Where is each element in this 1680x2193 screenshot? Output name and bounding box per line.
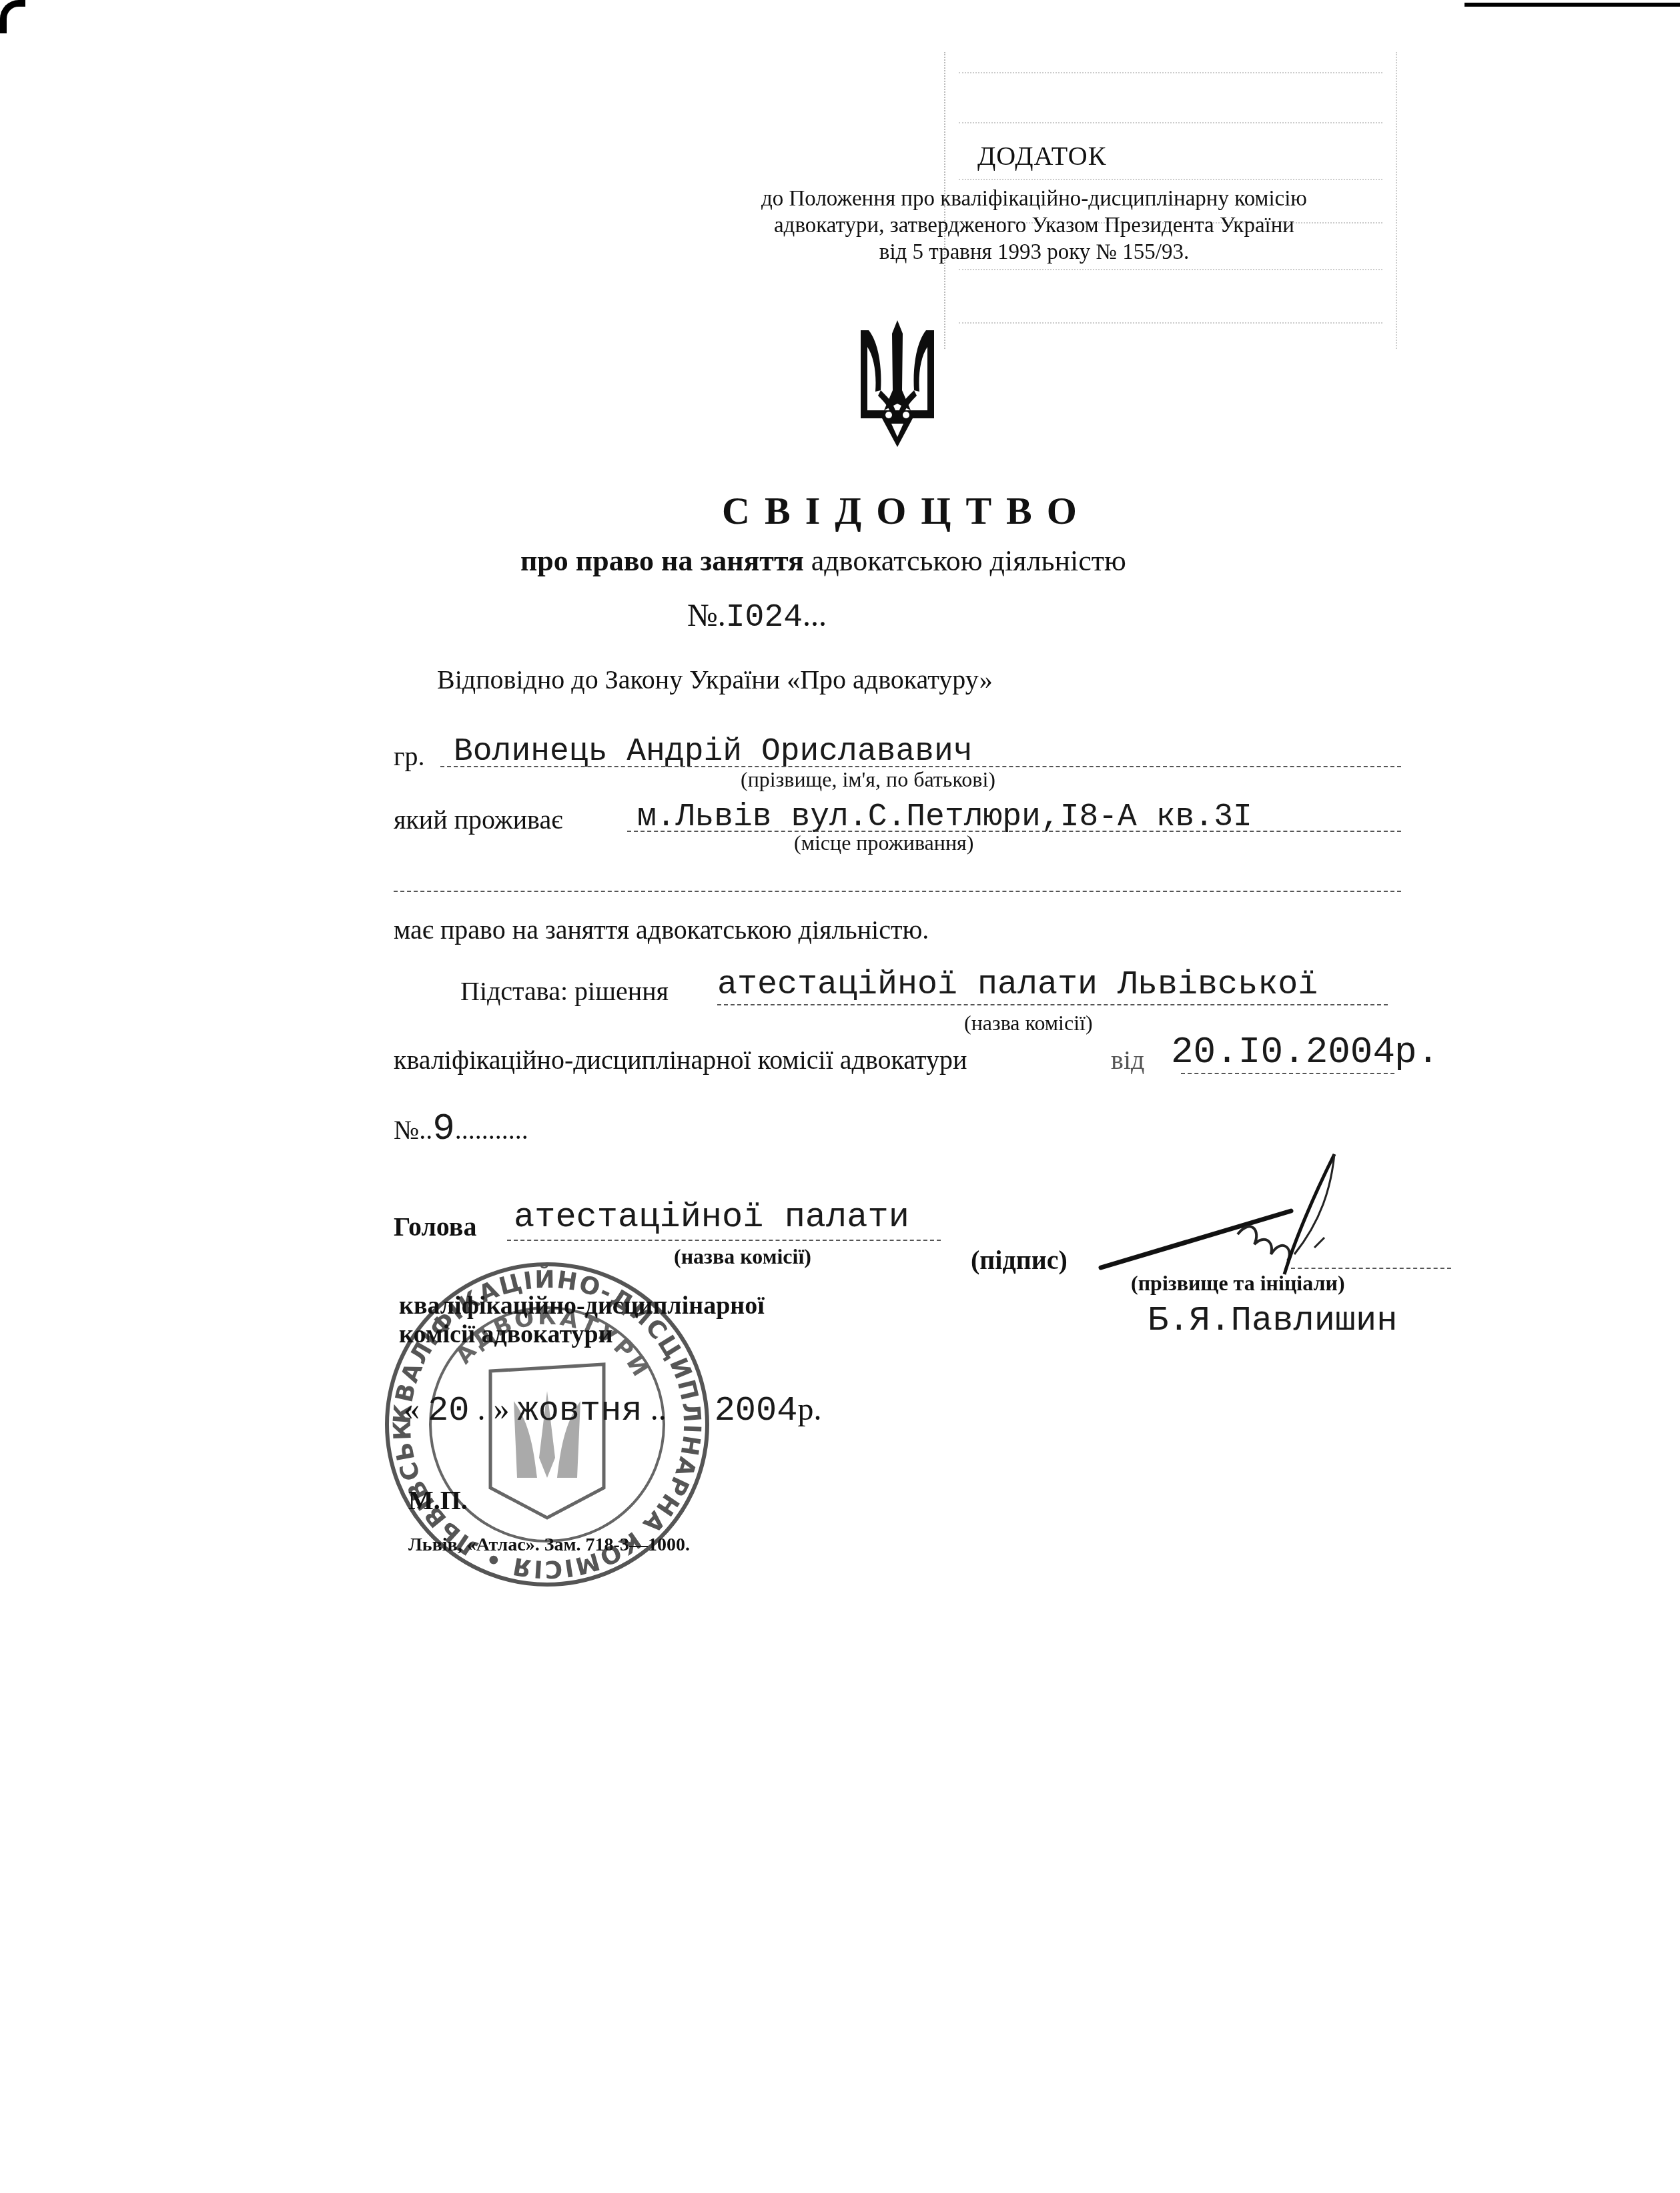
residence-label: який проживає xyxy=(394,804,562,835)
signer-name-caption: (прізвище та ініціали) xyxy=(1131,1271,1345,1296)
decision-date-line xyxy=(1181,1073,1394,1074)
issue-date-open-quote: « xyxy=(404,1392,420,1427)
commission-text: кваліфікаційно-дисциплінарної комісії ад… xyxy=(394,1044,967,1075)
head-commission-line xyxy=(507,1240,941,1241)
issue-date-suffix: р. xyxy=(797,1392,821,1427)
certificate-number: №.I024... xyxy=(687,597,827,636)
basis-caption: (назва комісії) xyxy=(964,1011,1093,1035)
issue-date-close-quote: » xyxy=(493,1392,509,1427)
number-suffix: ... xyxy=(803,598,827,633)
head-commission: атестаційної палати xyxy=(514,1198,909,1237)
head-label: Голова xyxy=(394,1211,476,1242)
decision-number-label: №..9........... xyxy=(394,1108,528,1150)
issue-date-day: 20 xyxy=(428,1391,469,1430)
commission-line-1: кваліфікаційно-дисциплінарної xyxy=(399,1291,765,1320)
basis-line xyxy=(717,1004,1388,1005)
right-statement: має право на заняття адвокатською діяльн… xyxy=(394,914,929,945)
signature-label: (підпис) xyxy=(971,1244,1068,1276)
number-value: I024 xyxy=(726,600,803,636)
commission-line-2: комісії адвокатури xyxy=(399,1320,613,1349)
residence-caption: (місце проживання) xyxy=(794,831,973,855)
citizen-name-caption: (прізвище, ім'я, по батькові) xyxy=(741,767,995,792)
appendix-line-2: адвокатури, затвердженого Указом Президе… xyxy=(707,212,1361,239)
printer-note: Львів, «Атлас». Зам. 718-3—1000. xyxy=(408,1534,690,1556)
decision-number: 9 xyxy=(432,1108,455,1150)
subtitle-regular-part: адвокатською діяльністю xyxy=(811,544,1126,577)
appendix-line-3: від 5 травня 1993 року № 155/93. xyxy=(707,239,1361,266)
law-basis: Відповідно до Закону України «Про адвока… xyxy=(437,664,993,695)
coat-of-arms-icon xyxy=(490,1364,604,1518)
citizen-label: гр. xyxy=(394,741,424,772)
citizen-name: Волинець Андрій Орислававич xyxy=(454,734,973,770)
subtitle-bold-part: про право на заняття xyxy=(520,544,804,577)
seal-label: М.П. xyxy=(408,1484,468,1516)
decision-number-dots: ........... xyxy=(455,1115,528,1145)
basis-label: Підстава: рішення xyxy=(460,975,669,1007)
residence-extra-line xyxy=(394,891,1401,892)
issue-date-year: 2004 xyxy=(715,1391,798,1430)
certificate-title: СВІДОЦТВО xyxy=(0,488,1680,533)
scan-edge-line xyxy=(1464,3,1680,7)
decision-date: 20.I0.2004 xyxy=(1171,1031,1395,1073)
decision-number-prefix: №.. xyxy=(394,1115,432,1145)
basis-value: атестаційної палати Львівської xyxy=(717,966,1318,1004)
issue-date-dots: .. xyxy=(651,1392,667,1427)
trident-icon xyxy=(847,317,947,450)
signer-line xyxy=(1291,1268,1451,1269)
number-prefix: №. xyxy=(687,598,726,633)
residence-line xyxy=(627,831,1401,832)
appendix-line-1: до Положення про кваліфікаційно-дисциплі… xyxy=(707,185,1361,212)
issue-date: « 20 . » жовтня .. 2004р. xyxy=(404,1391,821,1430)
signer-name: Б.Я.Павлишин xyxy=(1148,1301,1397,1340)
residence-value: м.Львів вул.С.Петлюри,I8-А кв.3I xyxy=(637,799,1252,835)
handwritten-signature xyxy=(1094,1148,1414,1281)
appendix-title: ДОДАТОК xyxy=(977,140,1106,171)
certificate-subtitle: про право на заняття адвокатською діяльн… xyxy=(520,544,1126,578)
issue-date-month: жовтня xyxy=(517,1391,642,1430)
scan-corner-mark xyxy=(0,0,25,33)
date-suffix: р. xyxy=(1394,1031,1439,1073)
appendix-reference: до Положення про кваліфікаційно-дисциплі… xyxy=(707,185,1361,266)
date-label: від xyxy=(1111,1044,1144,1075)
